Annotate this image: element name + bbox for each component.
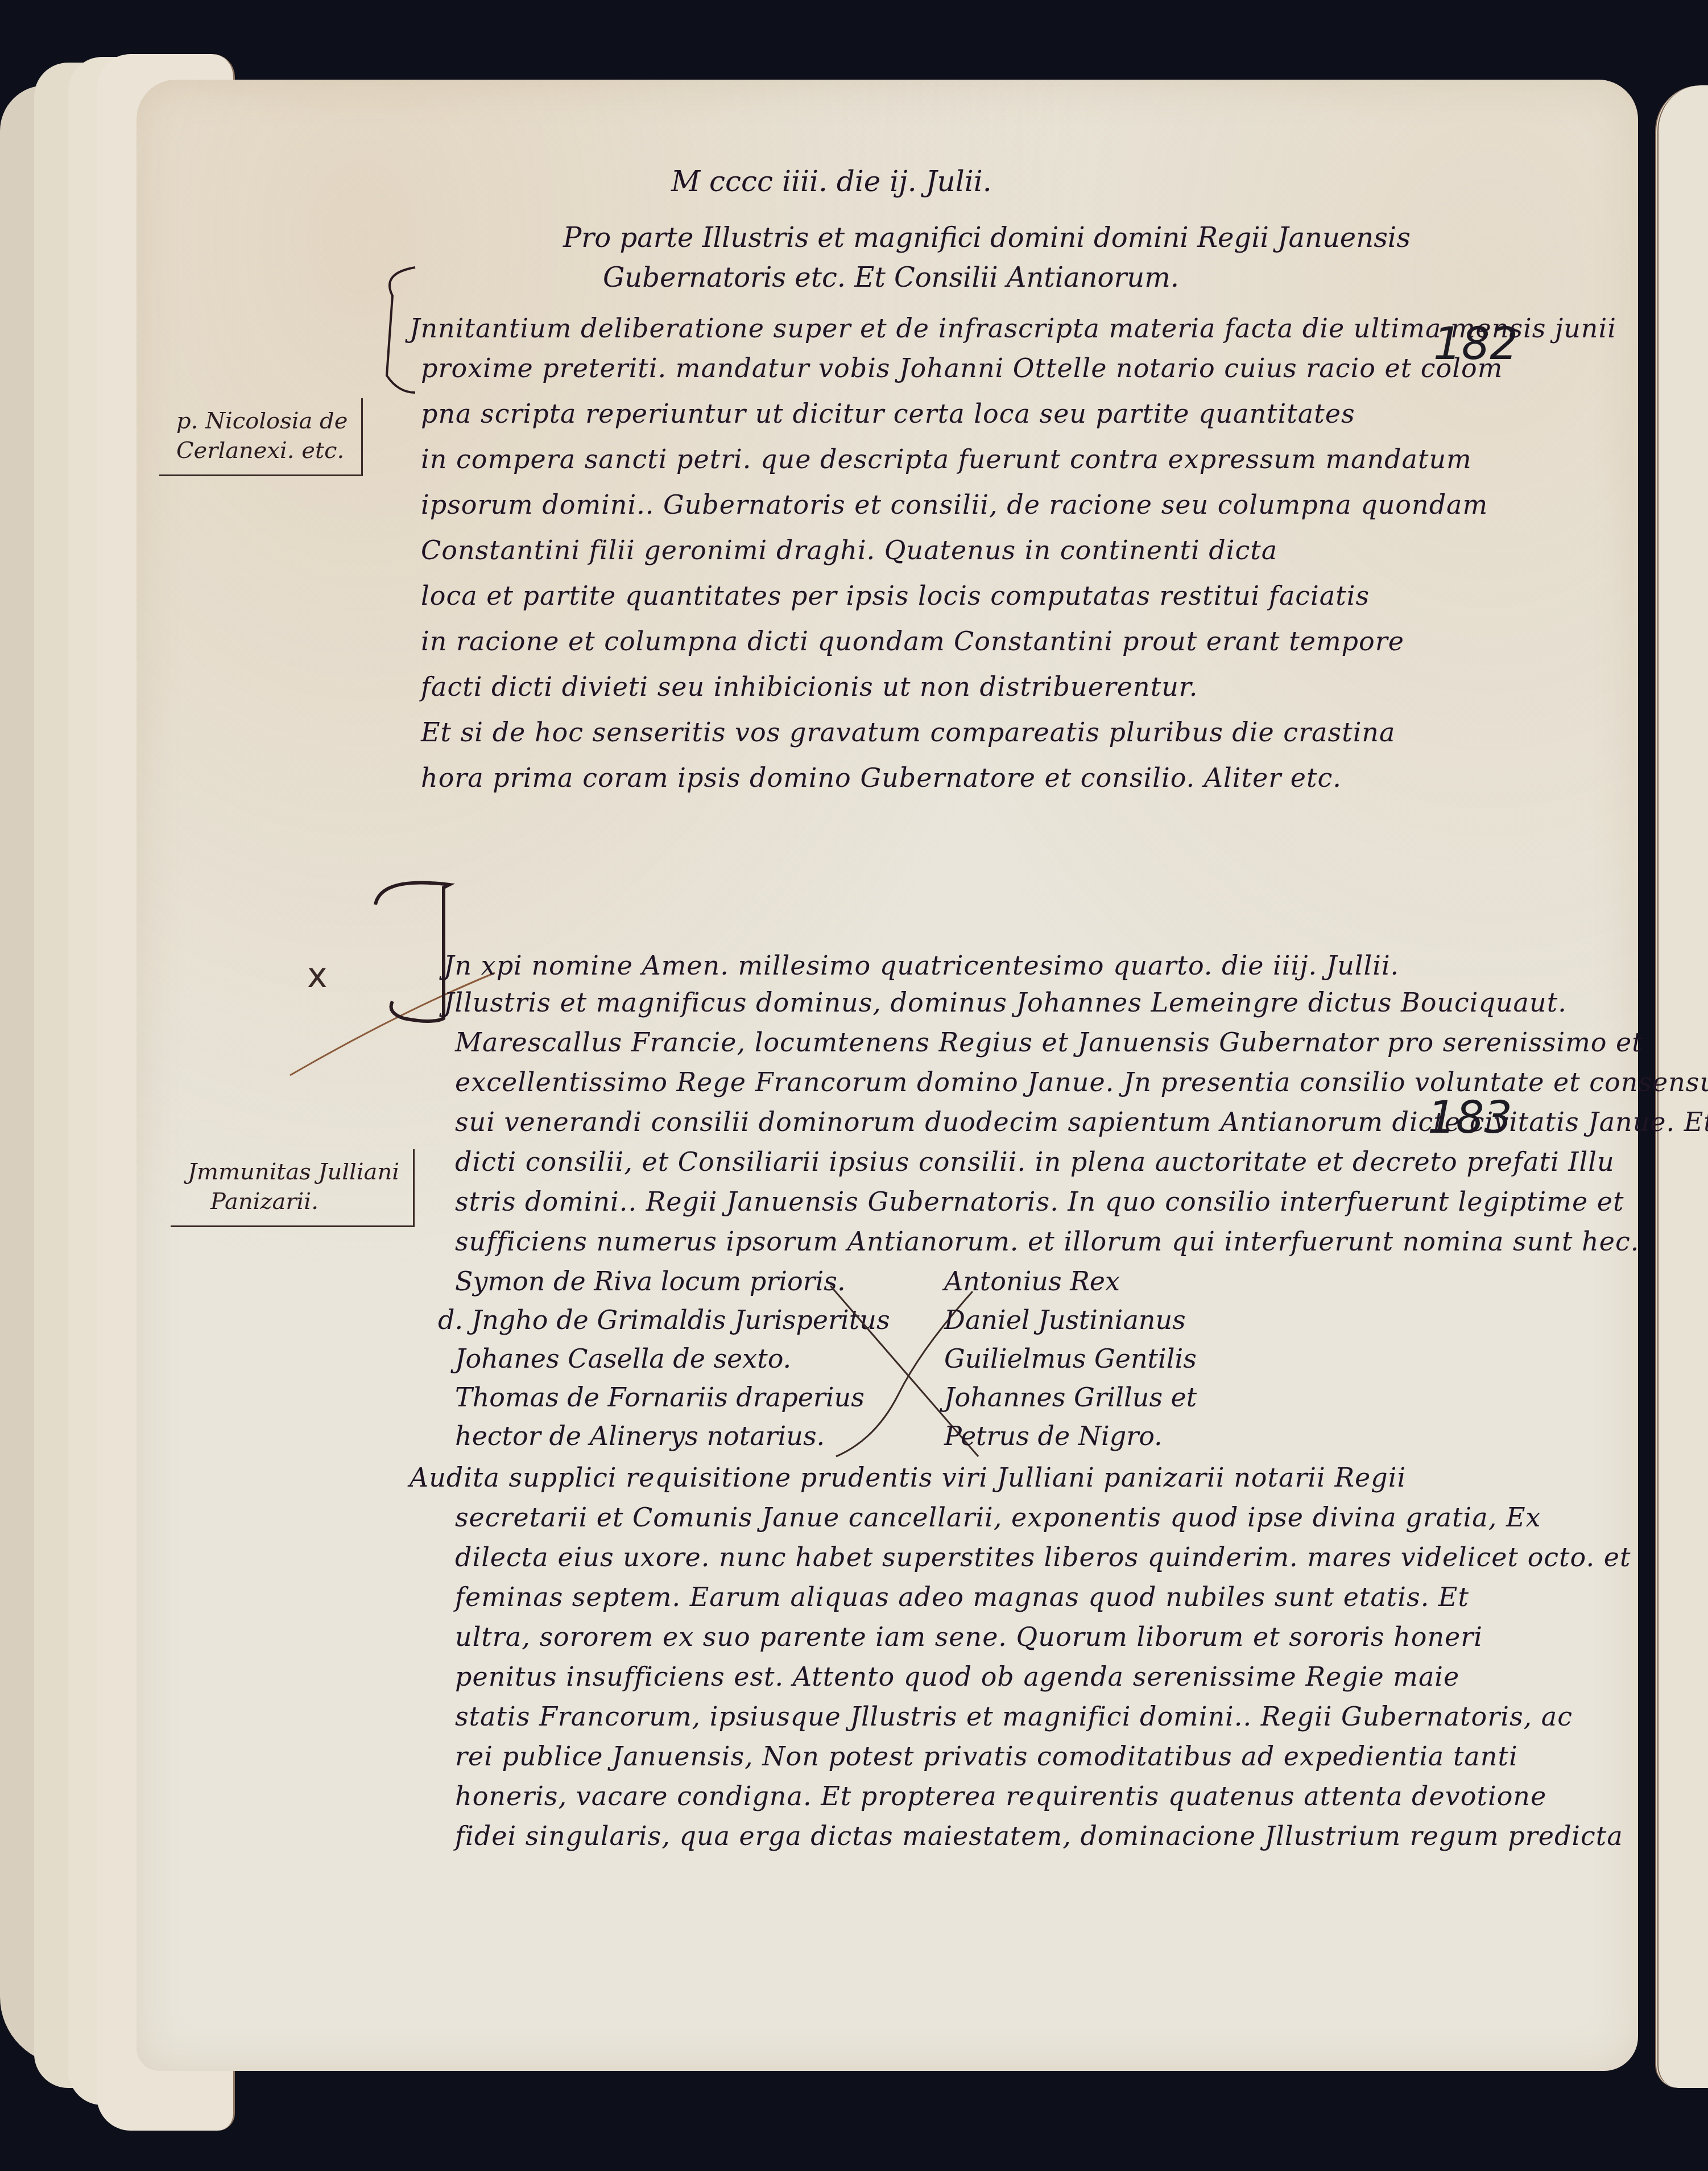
text-line: in compera sancti petri. que descripta f…	[421, 444, 1472, 474]
text-line: Jllustris et magnificus dominus, dominus…	[444, 987, 1567, 1018]
text-line: secretarii et Comunis Janue cancellarii,…	[455, 1502, 1541, 1533]
text-line: dicti consilii, et Consiliarii ipsius co…	[455, 1146, 1615, 1177]
attendee-name: Petrus de Nigro.	[944, 1421, 1197, 1459]
attendee-name: Johannes Grillus et	[944, 1382, 1197, 1421]
text-line: in racione et columpna dicti quondam Con…	[421, 626, 1404, 657]
text-line: rei publice Januensis, Non potest privat…	[455, 1741, 1518, 1772]
text-line: feminas septem. Earum aliquas adeo magna…	[455, 1582, 1469, 1612]
text-line: fidei singularis, qua erga dictas maiest…	[455, 1821, 1623, 1851]
text-line: ipsorum domini.. Gubernatoris et consili…	[421, 489, 1488, 520]
text-line: ultra, sororem ex suo parente iam sene. …	[455, 1621, 1483, 1652]
initial-letter-i	[364, 876, 455, 1035]
marginal-note-nicolosia: p. Nicolosia de Cerlanexi. etc.	[159, 398, 363, 476]
date-line: M cccc iiii. die ij. Julii.	[671, 165, 992, 198]
text-line: Et si de hoc senseritis vos gravatum com…	[421, 717, 1395, 748]
text-line: proxime preteriti. mandatur vobis Johann…	[421, 353, 1503, 383]
text-line: penitus insufficiens est. Attento quod o…	[455, 1661, 1459, 1692]
marginal-note-immunitas: Jmmunitas Julliani Panizarii.	[171, 1149, 415, 1227]
text-line: honeris, vacare condigna. Et propterea r…	[455, 1781, 1546, 1811]
text-line: dilecta eius uxore. nunc habet superstit…	[455, 1542, 1631, 1572]
text-line: sufficiens numerus ipsorum Antianorum. e…	[455, 1226, 1639, 1257]
marginal-note-line: Cerlanexi. etc.	[176, 436, 348, 465]
text-line: pna scripta reperiuntur ut dicitur certa…	[421, 398, 1355, 429]
text-line: hora prima coram ipsis domino Gubernator…	[421, 762, 1342, 793]
text-line: loca et partite quantitates per ipsis lo…	[421, 580, 1370, 611]
attendees-right-column: Antonius Rex Daniel Justinianus Guilielm…	[944, 1266, 1197, 1459]
attendee-name: Antonius Rex	[944, 1266, 1197, 1305]
manuscript-page: M cccc iiii. die ij. Julii. Pro parte Il…	[137, 80, 1638, 2071]
attendee-name: Daniel Justinianus	[944, 1305, 1197, 1343]
text-line: Audita supplici requisitione prudentis v…	[410, 1462, 1406, 1493]
text-line: Jnnitantium deliberatione super et de in…	[410, 313, 1616, 344]
marginal-note-line: Panizarii.	[188, 1187, 399, 1216]
text-line: sui venerandi consilii dominorum duodeci…	[455, 1107, 1708, 1137]
attendee-name: Guilielmus Gentilis	[944, 1343, 1197, 1382]
text-line: excellentissimo Rege Francorum domino Ja…	[455, 1067, 1708, 1097]
text-line: Marescallus Francie, locumtenens Regius …	[455, 1027, 1643, 1058]
title-line-1: Pro parte Illustris et magnifici domini …	[563, 222, 1411, 254]
text-line: statis Francorum, ipsiusque Jllustris et…	[455, 1701, 1573, 1732]
text-line: Jn xpi nomine Amen. millesimo quatricent…	[444, 950, 1399, 981]
text-line: stris domini.. Regii Januensis Gubernato…	[455, 1186, 1624, 1217]
marginal-note-line: p. Nicolosia de	[176, 406, 348, 436]
marginal-note-line: Jmmunitas Julliani	[188, 1157, 399, 1187]
title-line-2: Gubernatoris etc. Et Consilii Antianorum…	[603, 262, 1179, 294]
text-line: Constantini filii geronimi draghi. Quate…	[421, 535, 1277, 566]
text-line: facti dicti divieti seu inhibicionis ut …	[421, 671, 1198, 702]
